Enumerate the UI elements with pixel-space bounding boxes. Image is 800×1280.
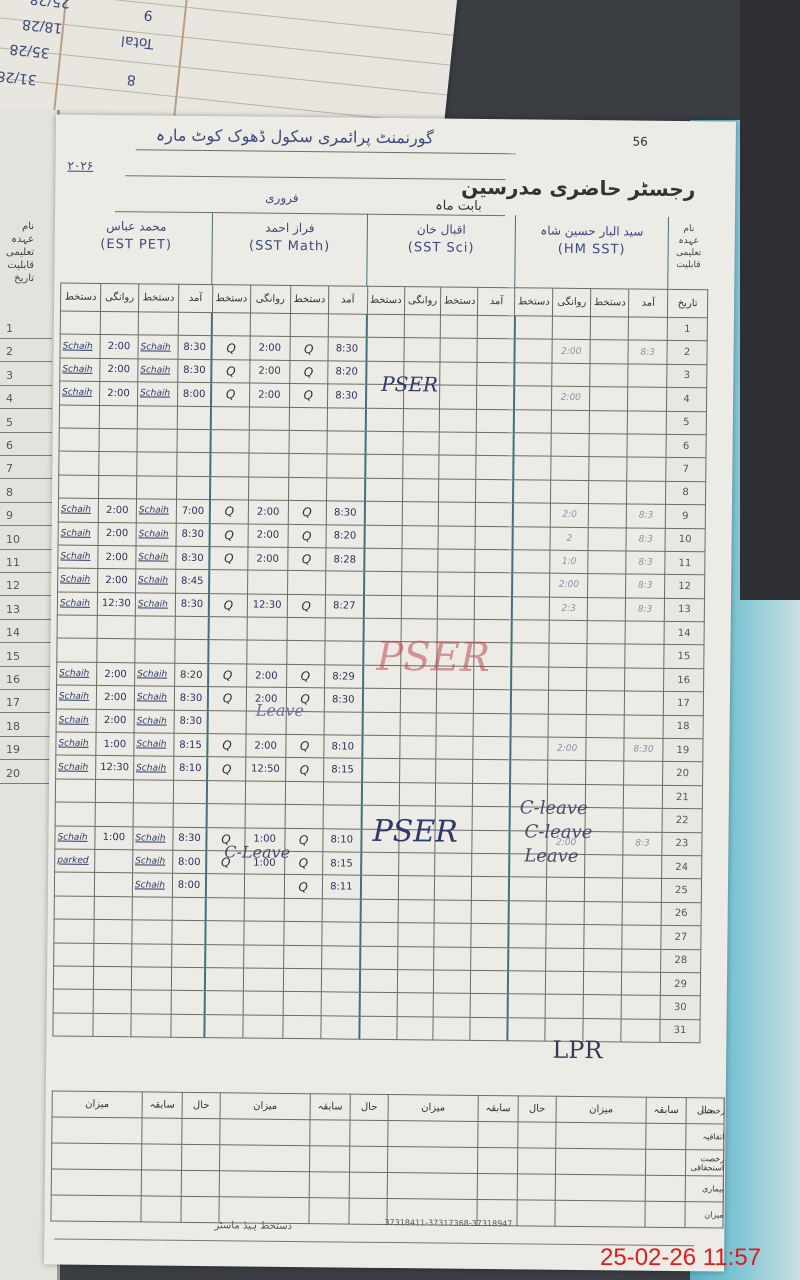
sci-arrival-time [475,596,512,620]
left-page-day-number: 1 [6,322,13,335]
math-departure-time: 2:00 [250,336,290,360]
sci-departure-time [403,432,440,456]
left-page-row-line [0,478,52,479]
sci-signature-in [436,783,473,807]
left-page-row-line [0,361,52,362]
est-departure-time: 12:30 [96,756,134,780]
est-signature-in: Schaih [135,569,175,593]
math-signature-in: Q [289,360,327,384]
hm-departure-time [547,854,585,878]
est-signature-in [135,639,175,663]
est-signature-in: Schaih [136,499,176,523]
hm-departure-time [549,690,587,714]
est-arrival-time [176,476,210,500]
register-reference: ۲۰۲۶ [67,159,93,173]
est-signature-in: Schaih [133,756,173,780]
hm-departure-time [547,807,585,831]
est-departure-time: 2:00 [96,709,134,733]
hm-arrival-time [627,481,666,505]
sci-departure-time [398,876,435,900]
hm-signature-out [508,947,546,971]
est-departure-time [93,1013,131,1037]
sci-signature-out [363,712,400,736]
summary-cell [645,1201,685,1227]
left-page-row-line [0,642,52,643]
math-signature-out: Q [208,687,246,711]
school-name: گورنمنٹ پرائمری سکول ڈھوک کوٹ مارہ [156,126,434,148]
hm-departure-time: 2:00 [552,340,590,364]
est-departure-time [97,616,135,640]
sub-header-cell: دستخط [515,288,553,316]
est-signature-out: Schaih [58,498,98,522]
hm-signature-in [586,738,624,762]
sci-departure-time [398,853,435,877]
summary-cell [517,1174,555,1200]
math-signature-in [283,968,321,992]
hm-arrival-time [622,948,661,972]
sci-arrival-time [474,666,511,690]
hm-signature-out [512,596,550,620]
est-arrival-time [172,897,206,921]
sci-signature-in [435,876,472,900]
math-signature-in: Q [285,828,323,852]
day-number: 24 [662,855,702,879]
left-page-row-line [0,689,52,690]
page-number: 56 [632,135,647,149]
est-departure-time [99,405,137,429]
math-signature-out: Q [206,851,244,875]
tally-entry: 9 [143,6,154,23]
math-arrival-time [325,571,364,595]
est-signature-out: Schaih [58,545,98,569]
est-departure-time [94,896,132,920]
est-signature-in: Schaih [137,382,177,406]
est-departure-time: 2:00 [98,499,136,523]
hm-departure-time: 2:00 [548,737,586,761]
date-sub-header: تاریخ [667,289,707,317]
hm-departure-time [549,667,587,691]
math-signature-in [284,922,322,946]
math-signature-out [212,313,250,337]
math-signature-out: Q [212,359,250,383]
est-signature-out [55,802,95,826]
sub-header-cell: دستخط [290,285,328,313]
est-arrival-time: 8:30 [176,546,210,570]
est-departure-time [95,803,133,827]
math-signature-in [287,617,325,641]
hm-arrival-time [623,855,662,879]
hm-arrival-time [621,995,660,1019]
sci-departure-time [397,946,434,970]
est-signature-in [131,1014,171,1038]
math-signature-out: Q [211,383,249,407]
hm-arrival-time [622,972,661,996]
math-arrival-time [321,969,360,993]
left-page-day-number: 7 [6,462,13,475]
hm-signature-out [511,643,549,667]
sci-signature-in [440,362,477,386]
est-arrival-time [177,406,211,430]
hm-departure-time: 1:0 [550,550,588,574]
est-signature-in [132,920,172,944]
day-number: 5 [666,411,706,435]
est-signature-in [138,312,178,336]
hm-departure-time [546,971,584,995]
est-arrival-time [173,780,207,804]
tally-entry: 8 [126,71,137,88]
math-signature-in [286,711,324,735]
est-arrival-time: 8:30 [176,523,210,547]
math-departure-time [247,570,287,594]
est-signature-in: Schaih [134,733,174,757]
hm-signature-in [589,457,627,481]
hm-signature-in [585,831,623,855]
sci-departure-time [399,782,436,806]
sci-arrival-time [472,900,509,924]
sci-departure-time [401,619,438,643]
hm-signature-out [509,877,547,901]
math-arrival-time: 8:20 [327,361,366,385]
sci-signature-in [439,455,476,479]
day-number: 6 [666,434,706,458]
summary-header-cell: سابقہ [478,1095,518,1121]
day-number: 23 [662,832,702,856]
math-signature-out: Q [209,593,247,617]
math-signature-out: Q [212,336,250,360]
math-departure-time: 2:00 [249,383,289,407]
math-signature-out: Q [210,547,248,571]
day-number: 4 [667,388,707,412]
est-arrival-time [171,944,205,968]
teacher-header-hm: سید البار حسین شاہ (HM SST) [515,215,669,289]
left-page-row-line [0,712,52,713]
est-signature-out: Schaih [57,662,97,686]
math-signature-in: Q [288,524,326,548]
hm-signature-out [514,316,552,340]
sci-signature-out [363,688,400,712]
est-departure-time: 2:00 [100,358,138,382]
est-signature-out [59,451,99,475]
math-signature-out [205,968,243,992]
day-number: 29 [660,972,700,996]
math-departure-time [245,781,285,805]
hm-departure-time [548,784,586,808]
sci-departure-time [401,572,438,596]
math-signature-in: Q [284,851,322,875]
math-signature-out: Q [207,827,245,851]
hm-signature-in [584,901,622,925]
math-signature-in [283,1015,321,1039]
sci-signature-out [366,431,403,455]
math-signature-out [205,991,243,1015]
math-signature-in: Q [288,501,326,525]
est-departure-time: 2:00 [99,382,137,406]
left-page-day-number: 14 [6,626,20,639]
est-signature-out: Schaih [56,732,96,756]
sci-departure-time [404,338,441,362]
day-number: 30 [660,996,700,1020]
est-arrival-time: 8:10 [173,757,207,781]
math-arrival-time: 8:30 [324,688,363,712]
day-number: 19 [663,738,703,762]
summary-header-cell: میزان [388,1095,478,1122]
sub-header-cell: روانگی [250,285,290,313]
summary-cell [310,1120,350,1146]
summary-cell [51,1143,141,1170]
est-signature-out: Schaih [55,826,95,850]
sci-departure-time [401,595,438,619]
hm-departure-time: 2:00 [547,831,585,855]
est-arrival-time: 8:30 [174,686,208,710]
hm-arrival-time [625,644,664,668]
sci-arrival-time [470,1017,507,1041]
sci-signature-out [366,361,403,385]
math-signature-in [287,571,325,595]
left-page-row-line [0,385,52,386]
hm-signature-in [589,434,627,458]
attendance-table: دستخطروانگیدستخطآمددستخطروانگیدستخطآمددس… [52,283,708,1044]
day-number: 13 [664,598,704,622]
sci-signature-in [438,572,475,596]
sci-signature-out [364,618,401,642]
summary-header-cell: سابقہ [646,1097,686,1123]
hm-departure-time [549,620,587,644]
est-signature-in [135,616,175,640]
day-number: 31 [660,1019,700,1043]
est-departure-time: 2:00 [98,545,136,569]
math-departure-time [244,921,284,945]
est-departure-time [94,873,132,897]
sci-signature-out [362,759,399,783]
est-signature-out: Schaih [58,522,98,546]
hm-departure-time: 2 [550,527,588,551]
math-signature-in [288,454,326,478]
hm-signature-out [513,409,551,433]
math-departure-time [245,804,285,828]
est-signature-in: Schaih [133,826,173,850]
math-departure-time: 12:50 [245,757,285,781]
math-arrival-time [325,618,364,642]
sci-signature-in [440,385,477,409]
math-arrival-time [326,454,365,478]
attendance-grid: محمد عباس (EST PET) فراز احمد (SST Math)… [61,211,709,218]
math-arrival-time [327,431,366,455]
sci-signature-in [436,806,473,830]
hm-signature-in [587,644,625,668]
sci-signature-in [440,338,477,362]
left-page-row-line [0,783,52,784]
sci-arrival-time [471,994,508,1018]
hm-arrival-time: 8:3 [626,551,665,575]
left-page-row-line [0,572,52,573]
sci-signature-out [366,384,403,408]
math-arrival-time [322,922,361,946]
hm-arrival-time [623,878,662,902]
day-number: 9 [665,504,705,528]
hm-arrival-time: 8:3 [626,574,665,598]
sci-arrival-time [477,386,514,410]
summary-cell [219,1145,309,1172]
summary-cell [219,1171,309,1198]
math-departure-time: 12:30 [247,594,287,618]
hm-arrival-time [627,434,666,458]
sci-arrival-time [475,526,512,550]
hm-signature-in [588,550,626,574]
summary-cell [555,1200,645,1227]
day-number: 25 [661,879,701,903]
left-page-day-number: 12 [6,579,20,592]
left-page-day-number: 18 [6,720,20,733]
hm-arrival-time: 8:3 [623,832,662,856]
math-arrival-time: 8:10 [323,828,362,852]
sci-arrival-time [477,409,514,433]
sci-departure-time [396,1016,433,1040]
est-arrival-time: 8:00 [172,874,206,898]
math-arrival-time: 8:15 [322,852,361,876]
est-arrival-time [175,616,209,640]
math-signature-out [205,944,243,968]
hm-arrival-time [627,457,666,481]
est-arrival-time: 8:00 [172,850,206,874]
sub-header-cell: دستخط [367,286,404,314]
sci-signature-in [435,830,472,854]
left-page-day-number: 2 [6,345,13,358]
hm-signature-in [588,527,626,551]
hm-signature-out [510,784,548,808]
est-departure-time [93,990,131,1014]
est-arrival-time [178,312,212,336]
day-number: 12 [665,575,705,599]
hm-arrival-time [621,1019,660,1043]
summary-cell [181,1196,219,1222]
est-signature-out [57,638,97,662]
sci-arrival-time [472,830,509,854]
est-arrival-time: 8:30 [178,336,212,360]
est-signature-in [132,943,172,967]
est-arrival-time: 8:15 [174,733,208,757]
math-departure-time: 1:00 [245,828,285,852]
math-signature-in [290,313,328,337]
est-arrival-time [171,967,205,991]
est-signature-out: Schaih [60,381,100,405]
sub-header-cell: دستخط [212,285,250,313]
summary-header-cell: میزان [556,1096,646,1123]
hm-signature-out [508,924,546,948]
hm-signature-out [513,503,551,527]
hm-departure-time [545,994,583,1018]
math-signature-out [208,710,246,734]
hm-signature-in [589,410,627,434]
est-signature-in: Schaih [134,686,174,710]
sci-signature-out [360,993,397,1017]
hm-arrival-time: 8:30 [624,738,663,762]
sub-header-cell: دستخط [138,284,178,312]
summary-cell [518,1122,556,1148]
sci-departure-time [400,642,437,666]
sci-signature-out [364,548,401,572]
hm-signature-out [507,1017,545,1041]
math-departure-time: 2:00 [248,500,288,524]
day-number: 26 [661,902,701,926]
math-signature-out [209,570,247,594]
est-signature-out: Schaih [56,685,96,709]
math-arrival-time [327,407,366,431]
summary-cell [555,1174,645,1201]
est-signature-out: Schaih [60,358,100,382]
hm-signature-in [588,504,626,528]
est-signature-in: Schaih [138,359,178,383]
day-number: 27 [661,926,701,950]
left-page-row-line [0,549,52,550]
hm-departure-time [546,948,584,972]
est-arrival-time: 8:30 [174,710,208,734]
sci-signature-out [365,455,402,479]
math-signature-out: Q [210,500,248,524]
summary-cell [517,1148,555,1174]
math-signature-in [289,407,327,431]
math-signature-out [207,780,245,804]
sci-signature-in [439,432,476,456]
sci-signature-in [434,993,471,1017]
sub-header-cell: دستخط [441,287,478,315]
sci-signature-in [436,736,473,760]
est-signature-in: Schaih [135,593,175,617]
summary-cell [181,1170,219,1196]
sci-departure-time [404,315,441,339]
summary-cell [645,1149,685,1175]
sci-arrival-time [476,479,513,503]
summary-cell [52,1117,142,1144]
hm-departure-time [551,410,589,434]
summary-cell [350,1120,388,1146]
math-arrival-time: 8:27 [325,595,364,619]
hm-signature-out [509,807,547,831]
sci-departure-time [401,549,438,573]
day-number: 21 [662,785,702,809]
hm-arrival-time [627,411,666,435]
sci-arrival-time [474,690,511,714]
math-arrival-time [326,478,365,502]
teacher-header-math: فراز احمد (SST Math) [212,212,368,286]
left-page-day-number: 15 [6,650,20,663]
est-arrival-time: 7:00 [176,499,210,523]
est-arrival-time: 8:00 [177,382,211,406]
sci-departure-time [397,993,434,1017]
day-number: 10 [665,528,705,552]
tally-date: 18/28 [21,16,63,36]
hm-signature-in [590,363,628,387]
sci-signature-in [439,479,476,503]
summary-cell [477,1147,517,1173]
summary-cell [141,1144,181,1170]
math-arrival-time [323,805,362,829]
est-signature-out [54,872,94,896]
math-arrival-time: 8:30 [328,337,367,361]
est-departure-time: 2:00 [97,662,135,686]
hm-signature-in [584,948,622,972]
hm-departure-time [552,316,590,340]
day-number: 2 [667,341,707,365]
sci-departure-time [399,806,436,830]
sci-signature-in [440,409,477,433]
math-signature-out [209,640,247,664]
hm-signature-in [587,597,625,621]
math-arrival-time: 8:10 [323,735,362,759]
est-departure-time [93,966,131,990]
summary-cell [141,1170,181,1196]
sci-signature-out [365,478,402,502]
left-page-row-line [0,619,52,620]
